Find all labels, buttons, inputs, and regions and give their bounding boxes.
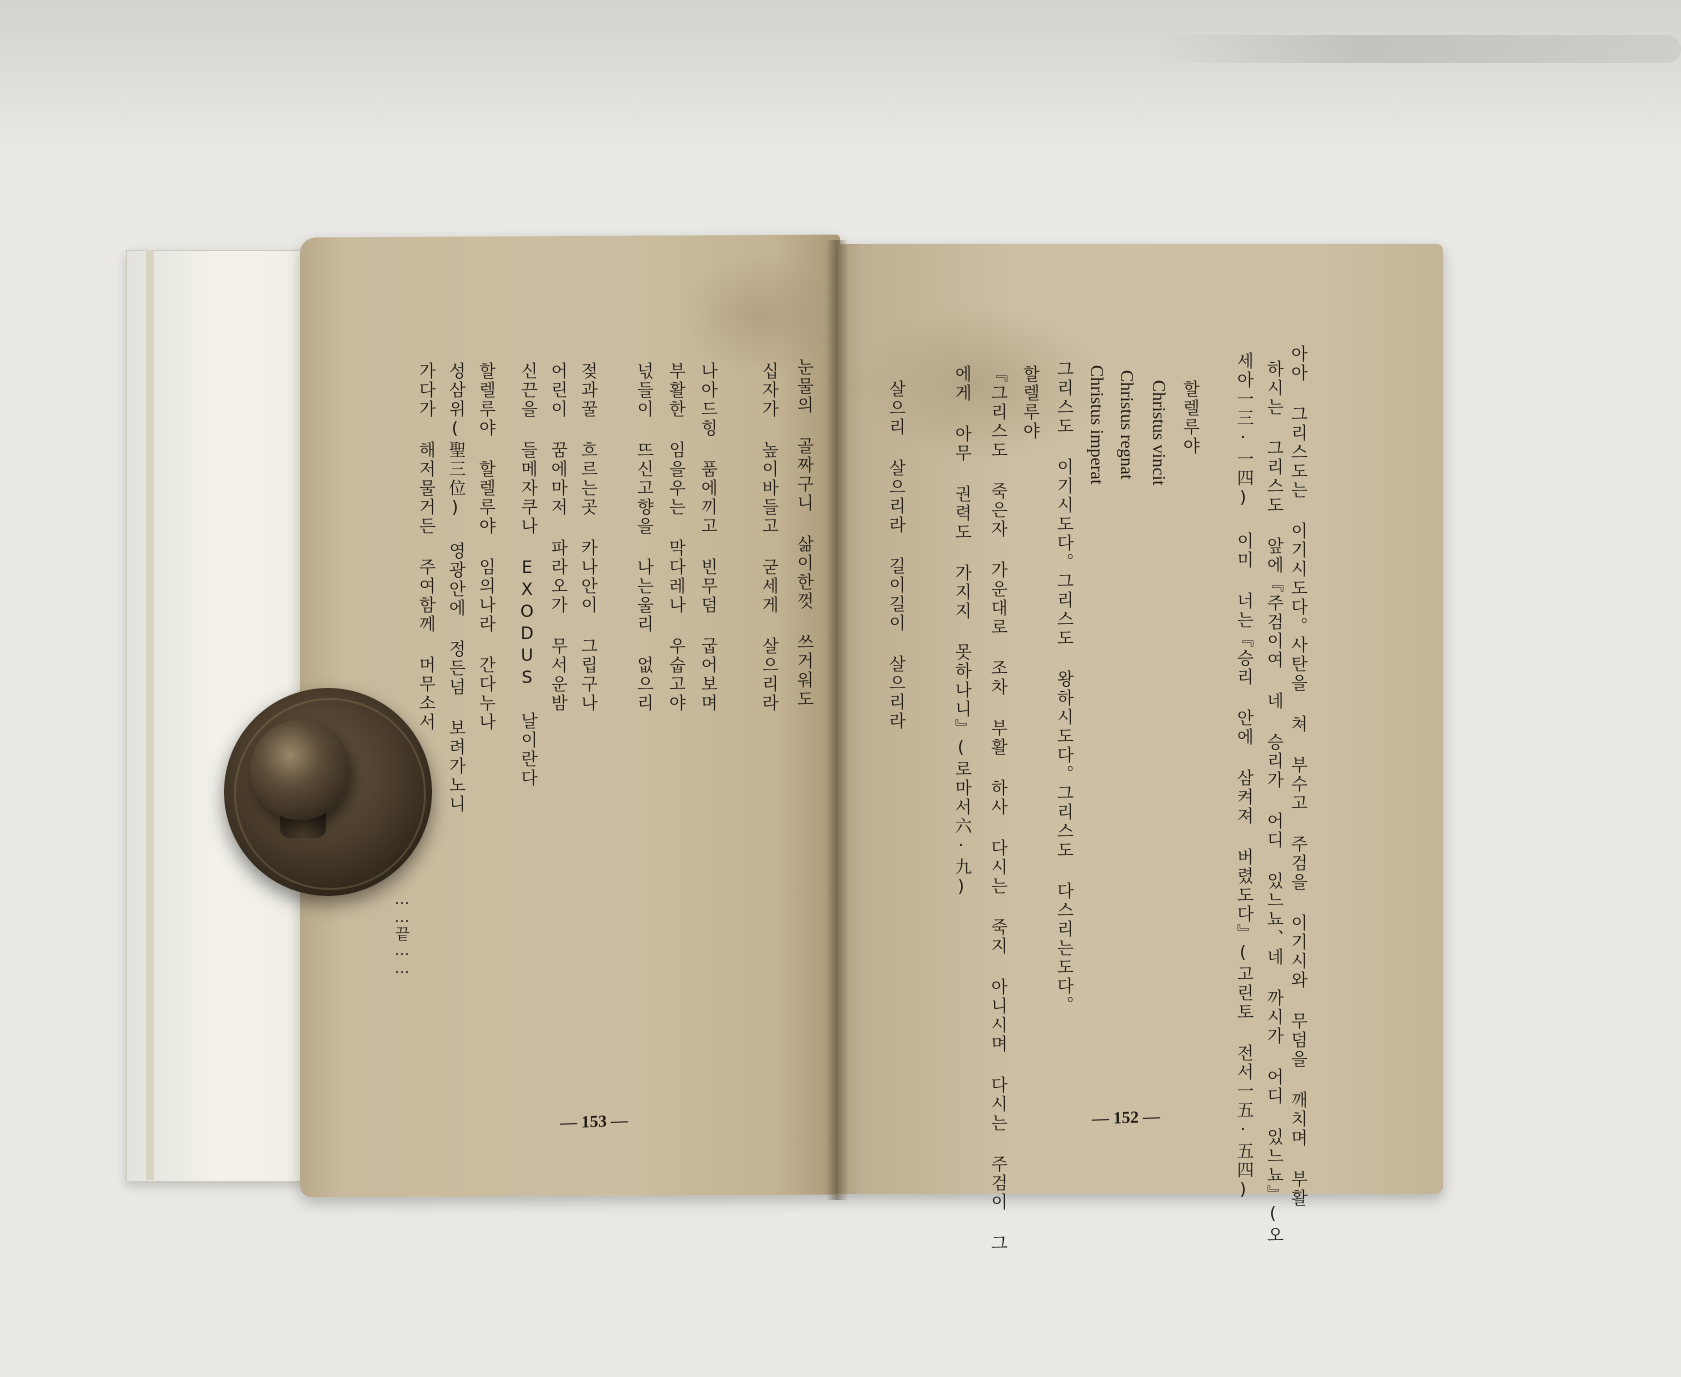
text-column: 할렐루야 [1018, 365, 1040, 441]
text-column: 할렐루야 할렐루야 임의나라 간다누나 [474, 362, 496, 732]
text-column: 세아一三·一四) 이미 너는『승리 안에 삼켜져 버렸도다』(고린토 전서一五·… [1232, 352, 1254, 1202]
text-column: 하시는 그리스도 앞에『주검이여 네 승리가 어디 있느뇨、네 까시가 어디 있… [1262, 360, 1284, 1245]
text-column: 부활한 임을우는 막다레나 우숩고야 [664, 362, 686, 713]
page-number-left: — 153 — [560, 1111, 628, 1133]
weight-knob [250, 720, 350, 820]
text-column: 신끈을 들메자쿠나 EXODUS 날이란다 [516, 362, 538, 788]
background-streak [1150, 35, 1681, 63]
text-column: 아아 그리스도는 이기시도다。사탄을 쳐 부수고 주검을 이기시와 무덤을 깨치… [1286, 345, 1308, 1208]
text-column: 나아드힝 품에끼고 빈무덤 굽어보며 [696, 362, 718, 713]
text-column: 눈물의 골짜구니 삶이한껏 쓰거워도 [792, 358, 814, 709]
text-column: 가다가 해저물거든 주여함께 머무소서 [414, 362, 436, 732]
text-column: 십자가 높이바들고 굳세게 살으리라 [757, 362, 779, 713]
text-column: 그리스도 이기시도다。그리스도 왕하시도다。그리스도 다스리는도다。 [1052, 360, 1074, 1015]
page-stain [680, 255, 840, 376]
text-column-latin: Christus regnat [1116, 370, 1138, 480]
text-column: 성삼위(聖三位) 영광안에 정든넘 보려가노니 [444, 362, 466, 814]
text-column: 할렐루야 [1178, 380, 1200, 456]
page-number-right: — 152 — [1092, 1107, 1160, 1129]
text-column-latin: Christus imperat [1086, 365, 1108, 485]
text-column: 살으리 살으리라 길이길이 살으리라 [884, 380, 906, 731]
background-shadow [0, 0, 1681, 150]
text-column: 넋들이 뜨신고향을 나는울리 없으리 [632, 362, 654, 713]
right-page [838, 244, 1443, 1194]
brass-weight[interactable] [224, 688, 432, 896]
book-gutter [826, 240, 848, 1200]
text-column: 에게 아무 권력도 가지지 못하나니』(로마서六·九) [950, 365, 972, 899]
text-column: 젖과꿀 흐르는곳 카나안이 그립구나 [576, 362, 598, 713]
text-column-latin: Christus vincit [1148, 380, 1170, 486]
text-column: 어린이 꿈에마저 파라오가 무서운밤 [546, 362, 568, 713]
book-cover-edge [146, 250, 154, 1180]
end-mark: ……끝…… [392, 890, 413, 977]
text-column: 『그리스도 죽은자 가운대로 조차 부활 하사 다시는 죽지 아니시며 다시는 … [986, 365, 1008, 1253]
